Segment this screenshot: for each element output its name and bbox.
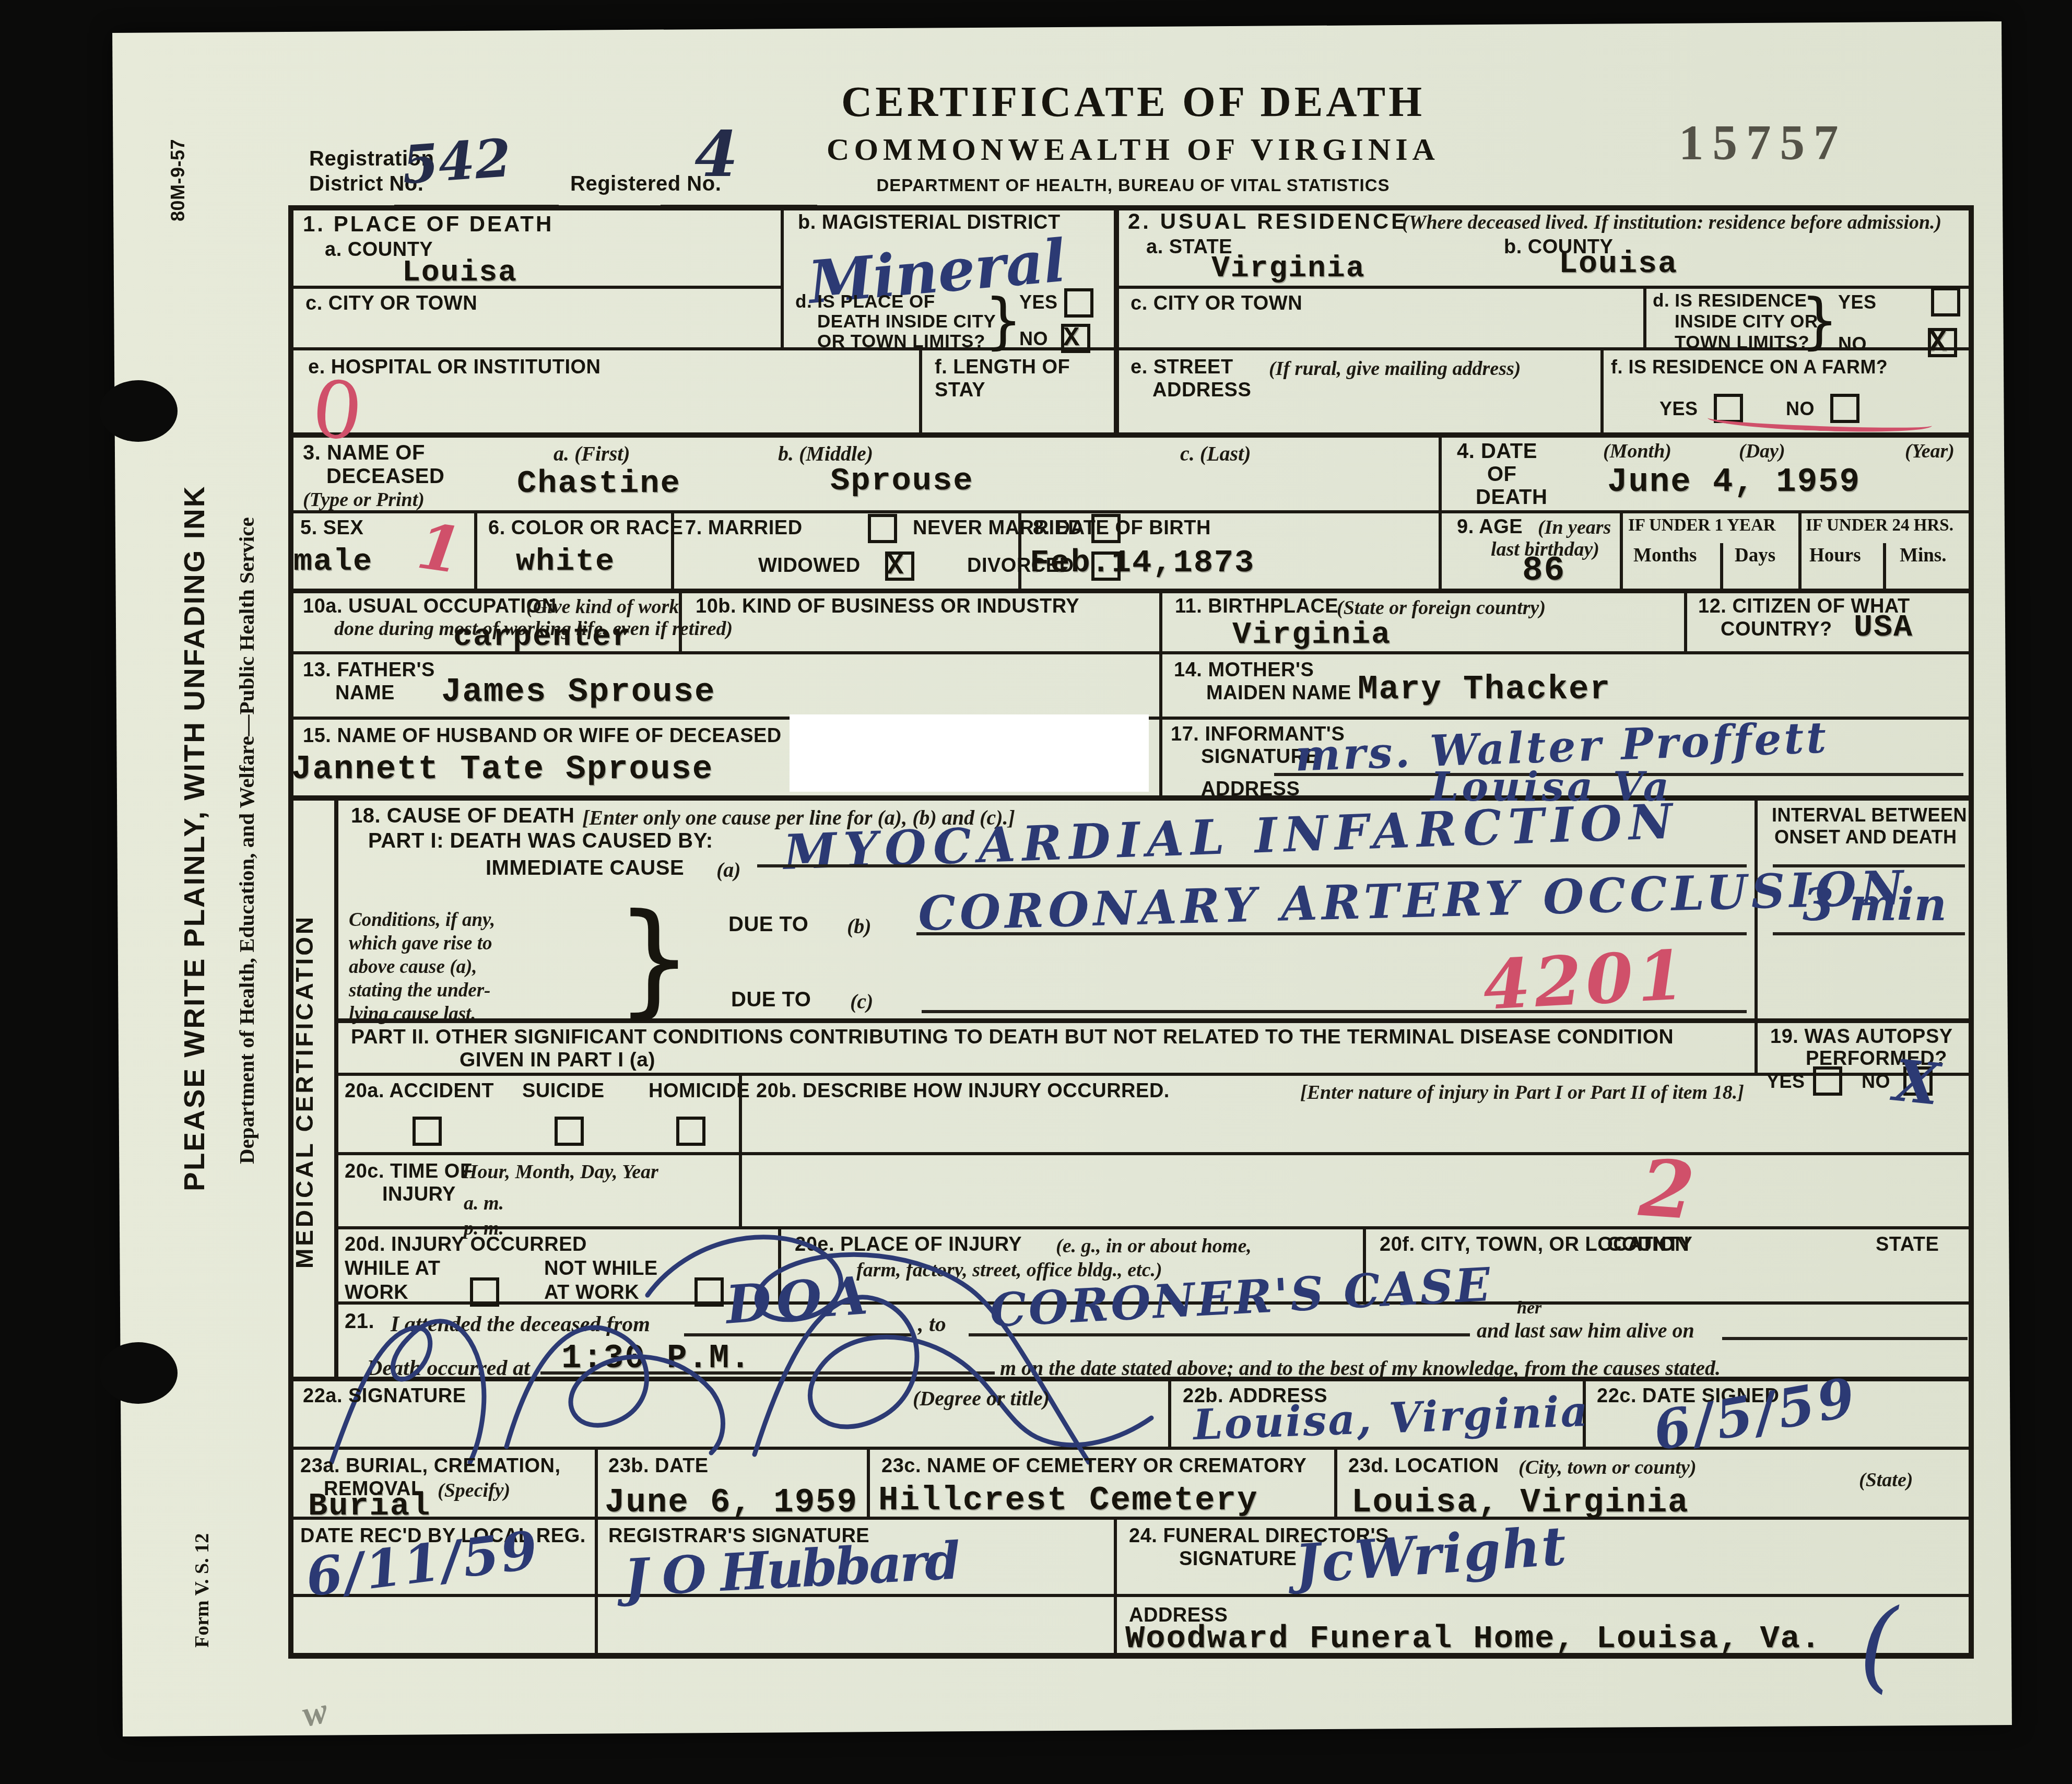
field18-immediate-label: IMMEDIATE CAUSE	[486, 856, 684, 880]
field23a-label1: 23a. BURIAL, CREMATION,	[300, 1455, 561, 1477]
field10a-occupation-value: carpenter	[453, 619, 632, 655]
field18-cond-brace: }	[615, 888, 693, 1030]
field1d-no-x: X	[1063, 323, 1080, 354]
field2f-yes-label: YES	[1659, 398, 1698, 420]
field7-married-label: 7. MARRIED	[685, 517, 803, 539]
field18-a-label: (a)	[716, 858, 741, 882]
field3-last-label: c. (Last)	[1180, 441, 1251, 466]
field20c-label1: 20c. TIME OF	[345, 1160, 473, 1183]
field7-widowed-label: WIDOWED	[758, 555, 861, 577]
bureau-line: DEPARTMENT OF HEALTH, BUREAU OF VITAL ST…	[809, 175, 1457, 195]
field20c-am: a. m.	[464, 1192, 504, 1215]
field20a-accident-checkbox	[413, 1117, 442, 1146]
field2d-no-label: NO	[1838, 333, 1867, 355]
field1d-label2: DEATH INSIDE CITY	[817, 311, 996, 332]
field18-cond-line2: which gave rise to	[349, 932, 492, 955]
field2e-label2: ADDRESS	[1152, 379, 1251, 402]
print-code: 80M-9-57	[167, 89, 189, 272]
field18-dueto-b-label: DUE TO	[728, 913, 808, 936]
interval-header2: ONSET AND DEATH	[1774, 826, 1957, 848]
field9-paren1: (In years	[1538, 516, 1611, 539]
field5-label: 5. SEX	[300, 517, 363, 539]
certificate-title: CERTIFICATE OF DEATH	[809, 77, 1457, 126]
field9-mins-label: Mins.	[1900, 544, 1946, 567]
field18-part1-label: PART I: DEATH WAS CAUSED BY:	[368, 829, 713, 853]
scanned-death-certificate: 80M-9-57 PLEASE WRITE PLAINLY, WITH UNFA…	[0, 0, 2072, 1784]
field15-spouse-value: Jannett Tate Sprouse	[291, 751, 713, 789]
field2d-label1: d. IS RESIDENCE	[1653, 290, 1807, 311]
field9-age-value: 86	[1522, 551, 1565, 590]
field20b-paren: [Enter nature of injury in Part I or Par…	[1300, 1081, 1744, 1104]
field2e-paren: (If rural, give mailing address)	[1269, 357, 1521, 380]
field1f-label2: STAY	[935, 379, 985, 402]
field20c-units: Hour, Month, Day, Year	[462, 1160, 658, 1183]
field6-race-value: white	[516, 544, 615, 580]
field7-married-checkbox	[868, 514, 897, 543]
field9-label: 9. AGE	[1457, 516, 1523, 538]
field14-label1: 14. MOTHER'S	[1174, 659, 1314, 682]
field14-label2: MAIDEN NAME	[1206, 682, 1351, 705]
field2c-label: c. CITY OR TOWN	[1131, 292, 1302, 315]
field18-cond-line3: above cause (a),	[349, 956, 477, 978]
field4-date-of-death-value: June 4, 1959	[1607, 464, 1861, 501]
field4-year-label: (Year)	[1905, 440, 1955, 463]
field7-widowed-x: X	[887, 550, 904, 582]
field8-dob-value: Feb.14,1873	[1030, 544, 1255, 581]
field1d-label1: d. IS PLACE OF	[795, 291, 935, 312]
field1f-label1: f. LENGTH OF	[935, 356, 1070, 379]
field3-first-value: Chastine	[517, 465, 681, 502]
field14-mother-value: Mary Thacker	[1358, 671, 1611, 709]
field3-label1: 3. NAME OF	[303, 441, 425, 465]
field6-label: 6. COLOR OR RACE	[488, 517, 683, 539]
field20a-suicide-label: SUICIDE	[522, 1080, 605, 1102]
field18-cond-line4: stating the under-	[349, 979, 490, 1002]
field19-yes-label: YES	[1767, 1071, 1805, 1093]
funeral-home-address-value: Woodward Funeral Home, Louisa, Va.	[1125, 1620, 1821, 1657]
field18-dueto-c-label: DUE TO	[731, 988, 811, 1012]
field3-label2: DECEASED	[326, 465, 444, 488]
field12-citizen-value: USA	[1854, 610, 1913, 645]
field23a-specify-paren: (Specify)	[438, 1479, 510, 1502]
field2d-label3: TOWN LIMITS?	[1675, 332, 1809, 353]
field23d-label: 23d. LOCATION	[1348, 1455, 1499, 1477]
field2d-label2: INSIDE CITY OR	[1675, 311, 1818, 332]
field1d-no-label: NO	[1019, 328, 1048, 350]
field23c-cemetery-value: Hillcrest Cemetery	[878, 1482, 1258, 1520]
field9-under1yr-label: IF UNDER 1 YEAR	[1628, 516, 1776, 535]
field24-label2: SIGNATURE	[1179, 1548, 1297, 1570]
field4-label3: DEATH	[1476, 486, 1547, 509]
field23a-burial-value: Burial	[308, 1487, 431, 1524]
field2-label-paren: (Where deceased lived. If institution: r…	[1402, 211, 1941, 234]
margin-plainly-note: PLEASE WRITE PLAINLY, WITH UNFADING INK	[178, 454, 211, 1222]
punch-hole-top	[99, 380, 178, 442]
field4-day-label: (Day)	[1739, 440, 1785, 463]
field4-label1: 4. DATE	[1457, 440, 1537, 463]
field1d-brace: }	[984, 286, 1022, 356]
margin-dept-note: Department of Health, Education, and Wel…	[234, 454, 259, 1227]
field20a-homicide-checkbox	[676, 1117, 705, 1146]
field21-lastsaw-text: and last saw him alive on	[1477, 1318, 1694, 1343]
field1d-yes-label: YES	[1019, 291, 1058, 313]
field18-cond-line5: lying cause last.	[349, 1003, 476, 1025]
serial-number-stamp: 15757	[1679, 114, 1847, 171]
field20a-accident-label: 20a. ACCIDENT	[345, 1080, 494, 1102]
interval-header1: INTERVAL BETWEEN	[1772, 804, 1967, 826]
field18-label: 18. CAUSE OF DEATH	[351, 804, 574, 828]
field1d-label3: OR TOWN LIMITS?	[817, 331, 985, 352]
registered-no-value: 4	[694, 118, 738, 191]
field23d-paren1: (City, town or county)	[1518, 1456, 1697, 1479]
field11-birthplace-value: Virginia	[1232, 617, 1391, 653]
field10b-label: 10b. KIND OF BUSINESS OR INDUSTRY	[696, 595, 1079, 618]
field20a-suicide-checkbox	[555, 1117, 584, 1146]
field10a-label: 10a. USUAL OCCUPATION	[303, 595, 557, 618]
field3-middle-value: Sprouse	[830, 462, 973, 499]
field2b-county-value: Louisa	[1559, 247, 1678, 282]
field19-no-label: NO	[1862, 1071, 1890, 1093]
field15-label: 15. NAME OF HUSBAND OR WIFE OF DECEASED	[303, 725, 782, 747]
field2a-state-value: Virginia	[1211, 252, 1365, 286]
field23b-date-value: June 6, 1959	[605, 1484, 858, 1522]
redaction-box	[790, 714, 1149, 792]
field9-months-label: Months	[1633, 544, 1697, 567]
field1d-yes-checkbox	[1064, 288, 1093, 318]
field19-label1: 19. WAS AUTOPSY	[1770, 1026, 1953, 1048]
field23c-label: 23c. NAME OF CEMETERY OR CREMATORY	[881, 1455, 1306, 1477]
field23d-paren2: (State)	[1859, 1469, 1913, 1492]
field2d-yes-checkbox	[1931, 287, 1960, 316]
field2d-yes-label: YES	[1838, 291, 1877, 313]
field13-father-value: James Sprouse	[441, 674, 715, 711]
field20a-homicide-label: HOMICIDE	[649, 1080, 750, 1102]
field4-label2: OF	[1487, 463, 1517, 486]
field3-label3: (Type or Print)	[303, 488, 425, 511]
field18-c-label: (c)	[850, 989, 873, 1014]
field20-red-two: 2	[1637, 1142, 1697, 1238]
registration-district-value: 542	[400, 127, 513, 196]
field1a-county-value: Louisa	[402, 256, 517, 290]
field3-first-label: a. (First)	[554, 441, 630, 466]
stray-paren-mark: (	[1859, 1588, 1898, 1703]
field10a-paren1: (Give kind of work	[526, 595, 679, 618]
attending-physician-signature	[282, 1217, 1222, 1478]
field1-label: 1. PLACE OF DEATH	[303, 212, 554, 237]
field1c-label: c. CITY OR TOWN	[305, 292, 477, 315]
field19-yes-checkbox	[1813, 1066, 1842, 1096]
field2e-label1: e. STREET	[1131, 356, 1233, 379]
field23b-label: 23b. DATE	[608, 1455, 709, 1477]
field11-paren: (State or foreign country)	[1337, 596, 1546, 619]
field22a-degree-paren: (Degree or title)	[913, 1386, 1050, 1411]
field9-hours-label: Hours	[1809, 544, 1861, 567]
field17-address-label: ADDRESS	[1201, 778, 1300, 801]
field8-label: 8. DATE OF BIRTH	[1033, 517, 1211, 539]
field4-month-label: (Month)	[1603, 440, 1671, 463]
field20b-label: 20b. DESCRIBE HOW INJURY OCCURRED.	[756, 1080, 1170, 1102]
field21-her-text: her	[1517, 1298, 1541, 1318]
field18-part2-label: PART II. OTHER SIGNIFICANT CONDITIONS CO…	[351, 1026, 1674, 1049]
field2d-no-x: X	[1929, 326, 1948, 359]
field2-label: 2. USUAL RESIDENCE	[1128, 209, 1408, 234]
field18-interval-b-value: 3 min	[1803, 878, 1947, 931]
punch-hole-bottom	[99, 1342, 178, 1404]
field19-no-x-handwritten: X	[1891, 1047, 1942, 1118]
field9-days-label: Days	[1735, 544, 1775, 567]
margin-form-number: Form V. S. 12	[191, 1499, 214, 1682]
field20f-state-label: STATE	[1876, 1234, 1939, 1256]
field18-cond-line1: Conditions, if any,	[349, 909, 495, 931]
field23d-location-value: Louisa, Virginia	[1351, 1484, 1689, 1522]
field20f-county-label: COUNTY	[1607, 1234, 1692, 1256]
field20c-label2: INJURY	[382, 1183, 456, 1206]
field18-part2b-label: GIVEN IN PART I (a)	[460, 1049, 655, 1072]
field2d-brace: }	[1800, 286, 1839, 356]
commonwealth-subtitle: COMMONWEALTH OF VIRGINIA	[809, 132, 1457, 168]
field12-label2: COUNTRY?	[1721, 618, 1832, 641]
field18-b-label: (b)	[847, 914, 872, 938]
field9-under24-label: IF UNDER 24 HRS.	[1806, 516, 1953, 535]
field5-sex-value: male	[293, 544, 373, 580]
field13-label2: NAME	[335, 682, 395, 705]
field22a-label: 22a. SIGNATURE	[303, 1385, 466, 1407]
field11-label: 11. BIRTHPLACE	[1175, 595, 1338, 618]
field13-label1: 13. FATHER'S	[303, 659, 435, 682]
field18-red-4201: 4201	[1481, 935, 1690, 1025]
field2f-label: f. IS RESIDENCE ON A FARM?	[1611, 356, 1888, 378]
